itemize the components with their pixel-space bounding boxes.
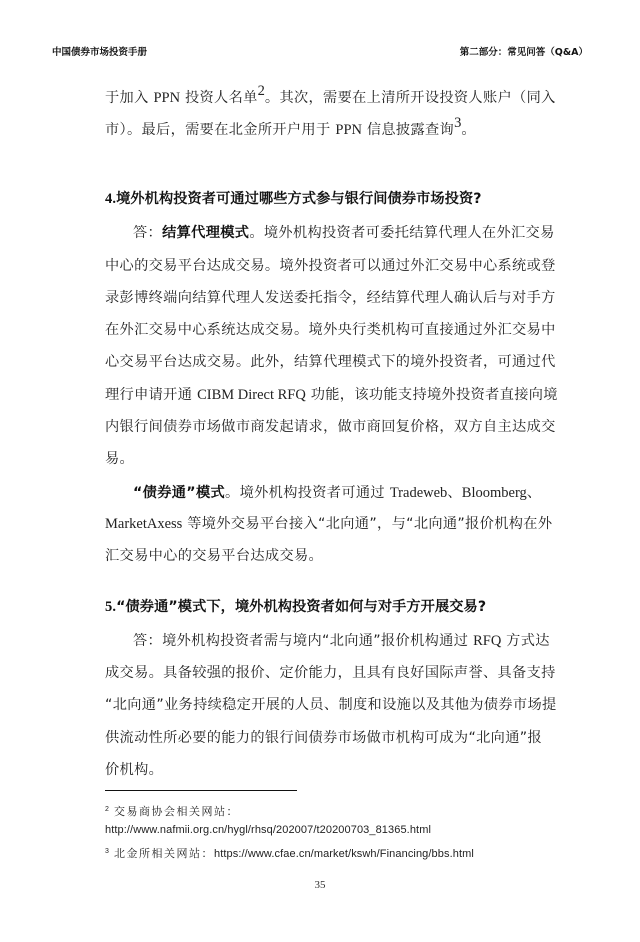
footnote-mark: 2 [105, 806, 109, 813]
footnote-label: 交易商协会相关网站： [114, 806, 239, 818]
text-latin: MarketAxess [105, 516, 182, 532]
header-book-title: 中国债券市场投资手册 [52, 44, 147, 58]
document-page: 中国债券市场投资手册 第二部分：常见问答（Q&A） 于加入 PPN 投资人名单2… [0, 0, 640, 942]
page-number: 35 [0, 879, 640, 891]
text: 。 [461, 122, 476, 138]
answer-line: 价机构。 [105, 759, 163, 779]
answer-prefix: 答： [133, 225, 162, 241]
footnote-ref-2[interactable]: 2 [258, 83, 265, 99]
answer-line: 在外汇交易中心系统达成交易。境外央行类机构可直接通过外汇交易中 [105, 319, 556, 339]
footnote-2-url[interactable]: http://www.nafmii.org.cn/hygl/rhsq/20200… [105, 824, 431, 836]
answer-line: 中心的交易平台达成交易。境外投资者可以通过外汇交易中心系统或登 [105, 255, 556, 275]
text-latin: Tradeweb、Bloomberg、 [390, 485, 541, 501]
footnote-2: 2交易商协会相关网站： [105, 803, 239, 819]
answer-line: 成交易。具备较强的报价、定价能力，且具有良好国际声誉、具备支持 [105, 662, 556, 682]
text: 等境外交易平台接入“北向通”，与“北向通”报价机构在外 [182, 516, 552, 532]
answer-line: 心交易平台达成交易。此外，结算代理模式下的境外投资者，可通过代 [105, 351, 556, 371]
answer-line: 内银行间债券市场做市商发起请求，做市商回复价格，双方自主达成交 [105, 416, 556, 436]
mode-title-bond-connect: “债券通”模式 [133, 485, 225, 501]
answer-line: 答：境外机构投资者需与境内“北向通”报价机构通过 RFQ 方式达 [133, 630, 550, 650]
text: 。境外机构投资者可通过 [225, 485, 390, 501]
question-text: 境外机构投资者可通过哪些方式参与银行间债券市场投资? [116, 191, 482, 207]
answer-line: 答：结算代理模式。境外机构投资者可委托结算代理人在外汇交易 [133, 222, 555, 242]
answer-line: MarketAxess 等境外交易平台接入“北向通”，与“北向通”报价机构在外 [105, 513, 552, 533]
question-text: “债券通”模式下，境外机构投资者如何与对手方开展交易? [116, 599, 486, 615]
text: 理行申请开通 [105, 387, 197, 403]
paragraph-line: 于加入 PPN 投资人名单2。其次，需要在上清所开设投资人账户（同入 [105, 87, 556, 107]
text: 信息披露查询 [362, 122, 454, 138]
question-number: 5. [105, 599, 116, 615]
header-section-title: 第二部分：常见问答（Q&A） [460, 44, 588, 58]
text: 市）。最后，需要在北金所开户用于 [105, 122, 335, 138]
text: 答：境外机构投资者需与境内“北向通”报价机构通过 [133, 633, 473, 649]
footnote-separator [105, 790, 297, 791]
paragraph-line: 市）。最后，需要在北金所开户用于 PPN 信息披露查询3。 [105, 119, 476, 139]
text: 方式达 [501, 633, 549, 649]
footnote-label: 北金所相关网站： [114, 848, 214, 860]
question-4-heading: 4.境外机构投资者可通过哪些方式参与银行间债券市场投资? [105, 188, 482, 208]
text: 于加入 [105, 90, 153, 106]
answer-line: 录彭博终端向结算代理人发送委托指令，经结算代理人确认后与对手方 [105, 287, 556, 307]
answer-line: “北向通”业务持续稳定开展的人员、制度和设施以及其他为债券市场提 [105, 694, 557, 714]
text: 功能，该功能支持境外投资者直接向境 [306, 387, 558, 403]
mode-title-settlement-agent: 结算代理模式 [162, 225, 249, 241]
question-5-heading: 5.“债券通”模式下，境外机构投资者如何与对手方开展交易? [105, 596, 486, 616]
answer-line: 理行申请开通 CIBM Direct RFQ 功能，该功能支持境外投资者直接向境 [105, 384, 558, 404]
running-header: 中国债券市场投资手册 第二部分：常见问答（Q&A） [52, 44, 588, 58]
text: 。其次，需要在上清所开设投资人账户（同入 [265, 90, 556, 106]
text-latin: CIBM Direct RFQ [197, 387, 306, 403]
text: 投资人名单 [180, 90, 258, 106]
answer-line: “债券通”模式。境外机构投资者可通过 Tradeweb、Bloomberg、 [133, 481, 541, 502]
question-number: 4. [105, 191, 116, 207]
answer-line: 供流动性所必要的能力的银行间债券市场做市机构可成为“北向通”报 [105, 727, 542, 747]
footnote-3: 3北金所相关网站：https://www.cfae.cn/market/kswh… [105, 845, 474, 861]
text: 。境外机构投资者可委托结算代理人在外汇交易 [249, 225, 554, 241]
answer-line: 汇交易中心的交易平台达成交易。 [105, 545, 323, 565]
footnote-mark: 3 [105, 848, 109, 855]
footnote-3-url[interactable]: https://www.cfae.cn/market/kswh/Financin… [214, 848, 474, 860]
answer-line: 易。 [105, 448, 134, 468]
text-latin: RFQ [473, 633, 501, 649]
text-latin: PPN [153, 90, 180, 106]
text-latin: PPN [335, 122, 362, 138]
